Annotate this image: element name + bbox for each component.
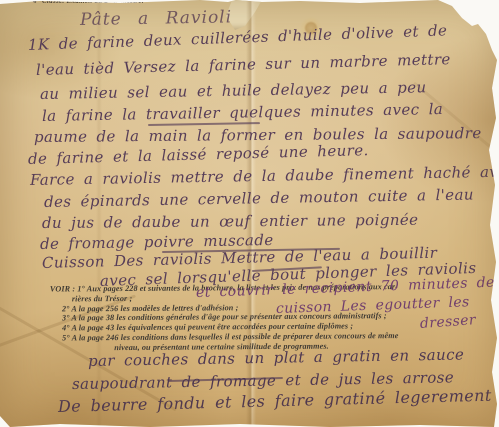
handwritten-line: des épinards une cervelle de mouton cuit… — [44, 185, 474, 211]
handwritten-line: paume de la main la former en boules la … — [34, 124, 482, 146]
recipe-title: Pâte a Ravioli — [80, 7, 232, 30]
handwritten-line: la farine la travailler quelques minutes… — [42, 100, 443, 125]
handwritten-line: du jus de daube un œuf entier une poigné… — [42, 211, 419, 232]
aged-paper-sheet: 4° Classe. Examen du 2° trimestre. Pâte … — [0, 0, 499, 427]
printed-header-line: 4° Classe. Examen du 2° trimestre. — [33, 0, 144, 5]
photo-of-recipe-document: 4° Classe. Examen du 2° trimestre. Pâte … — [0, 0, 499, 427]
